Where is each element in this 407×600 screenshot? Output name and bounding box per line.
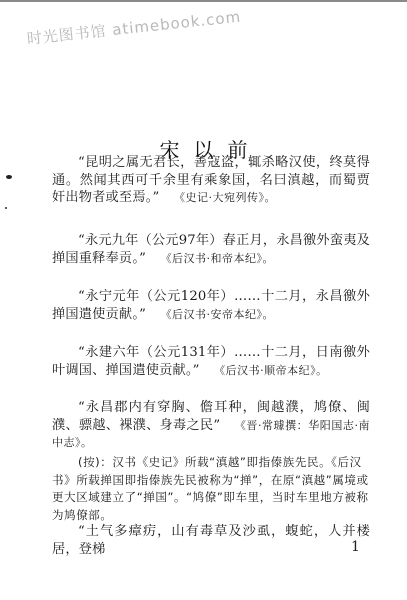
top-border — [0, 0, 407, 2]
scan-speck — [5, 207, 7, 209]
watermark: 时光图书馆 atimebook.com — [26, 6, 242, 49]
quote-paragraph: “土气多瘴疠，山有毒草及沙虱，蝮蛇，人并楼居，登梯 — [52, 523, 370, 558]
editor-note: (按)：汉书《史记》所载“滇越”即指傣族先民。《后汉书》所载掸国即指傣族先民被称… — [52, 454, 370, 524]
quote-paragraph: “永昌郡内有穿胸、儋耳种，闽越濮，鸠僚、闽濮、骠越、裸濮、身毒之民”《晋·常璩撰… — [52, 399, 370, 452]
citation: 《后汉书·顺帝本纪》。 — [220, 364, 328, 377]
quote-paragraph: “永宁元年（公元120年）……十二月，永昌徼外掸国遣使贡献。”《后汉书·安帝本纪… — [52, 288, 370, 323]
quote-paragraph: “永建六年（公元131年）……十二月，日南徼外叶调国、掸国遣使贡献。”《后汉书·… — [52, 344, 370, 379]
scan-speck — [6, 175, 12, 179]
page-number: 1 — [351, 539, 360, 555]
quote-paragraph: “昆明之属无君长，善寇盗，辄杀略汉使，终莫得通。然闻其西可千余里有乘象国，名曰滇… — [52, 154, 370, 207]
quote-paragraph: “永元九年（公元97年）春正月，永昌徼外蛮夷及掸国重释奉贡。”《后汉书·和帝本纪… — [52, 232, 370, 267]
citation: 《史记·大宛列传》。 — [179, 191, 276, 204]
citation: 《后汉书·和帝本纪》。 — [166, 252, 274, 265]
citation: 《后汉书·安帝本纪》。 — [166, 308, 274, 321]
